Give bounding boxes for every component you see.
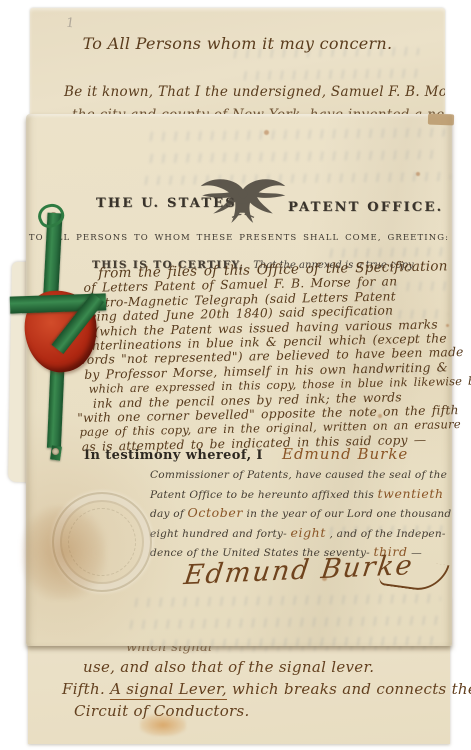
closing-print: Patent Office to be hereunto affixed thi… xyxy=(150,489,374,501)
office-name-right: PATENT OFFICE. xyxy=(288,200,443,215)
paper-edge-fragment xyxy=(428,114,454,126)
line-rest: which breaks and connects the xyxy=(232,680,471,698)
stain-spot xyxy=(416,172,420,176)
bleedthrough-mark xyxy=(146,128,446,141)
scanned-patent-document: 1 To All Persons whom it may concern. Be… xyxy=(0,0,471,750)
bleedthrough-mark xyxy=(146,150,441,163)
commissioner-name-handwritten: Edmund Burke xyxy=(282,445,408,463)
handwritten-line: use, and also that of the signal lever. xyxy=(83,658,374,676)
fifth-label: Fifth. xyxy=(62,680,105,698)
bleedthrough-mark xyxy=(141,172,451,185)
testimony-row: In testimony whereof, I Edmund Burke xyxy=(84,444,408,463)
ribbon-eyelet-hole xyxy=(52,448,59,455)
closing-line: day of October in the year of our Lord o… xyxy=(150,504,410,524)
certificate-sheet: THE U. STATES PATENT OFFICE. TO ALL PERS… xyxy=(26,114,452,646)
closing-print: eight hundred and forty- xyxy=(150,528,287,540)
closing-print: in the year of our Lord one thousand xyxy=(246,508,451,520)
greeting-line: TO ALL PERSONS TO WHOM THESE PRESENTS SH… xyxy=(26,233,452,243)
page-top-sheet: 1 To All Persons whom it may concern. Be… xyxy=(30,8,445,118)
testimony-printed: In testimony whereof, I xyxy=(84,448,263,463)
closing-block: Commissioner of Patents, have caused the… xyxy=(150,466,410,563)
closing-handwritten: eight xyxy=(290,525,325,540)
handwritten-line: Fifth. A signal Lever, which breaks and … xyxy=(62,680,471,698)
certified-copy-body: from the files of this Office of the Spe… xyxy=(74,259,468,454)
stain-spot xyxy=(264,130,269,135)
bleedthrough-mark xyxy=(126,616,446,629)
salutation-line: To All Persons whom it may concern. xyxy=(30,34,445,53)
closing-handwritten: twentieth xyxy=(378,486,444,501)
be-it-known-line: Be it known, That I the undersigned, Sam… xyxy=(64,84,445,100)
bleedthrough-mark xyxy=(240,69,420,81)
underlined-phrase: A signal Lever, xyxy=(110,680,227,700)
closing-line: Commissioner of Patents, have caused the… xyxy=(150,466,410,485)
closing-handwritten: October xyxy=(188,505,243,520)
pencil-mark: 1 xyxy=(65,15,75,31)
closing-line: eight hundred and forty- eight , and of … xyxy=(150,524,410,544)
stain-spot xyxy=(378,414,382,418)
stain-spot xyxy=(446,324,449,327)
closing-print: day of xyxy=(150,508,184,520)
bleedthrough-mark xyxy=(131,594,441,607)
stain xyxy=(140,714,186,736)
closing-line: Patent Office to be hereunto affixed thi… xyxy=(150,485,410,505)
closing-print: , and of the Indepen- xyxy=(330,528,446,540)
us-eagle-emblem-icon xyxy=(196,168,290,234)
stain xyxy=(20,506,106,600)
